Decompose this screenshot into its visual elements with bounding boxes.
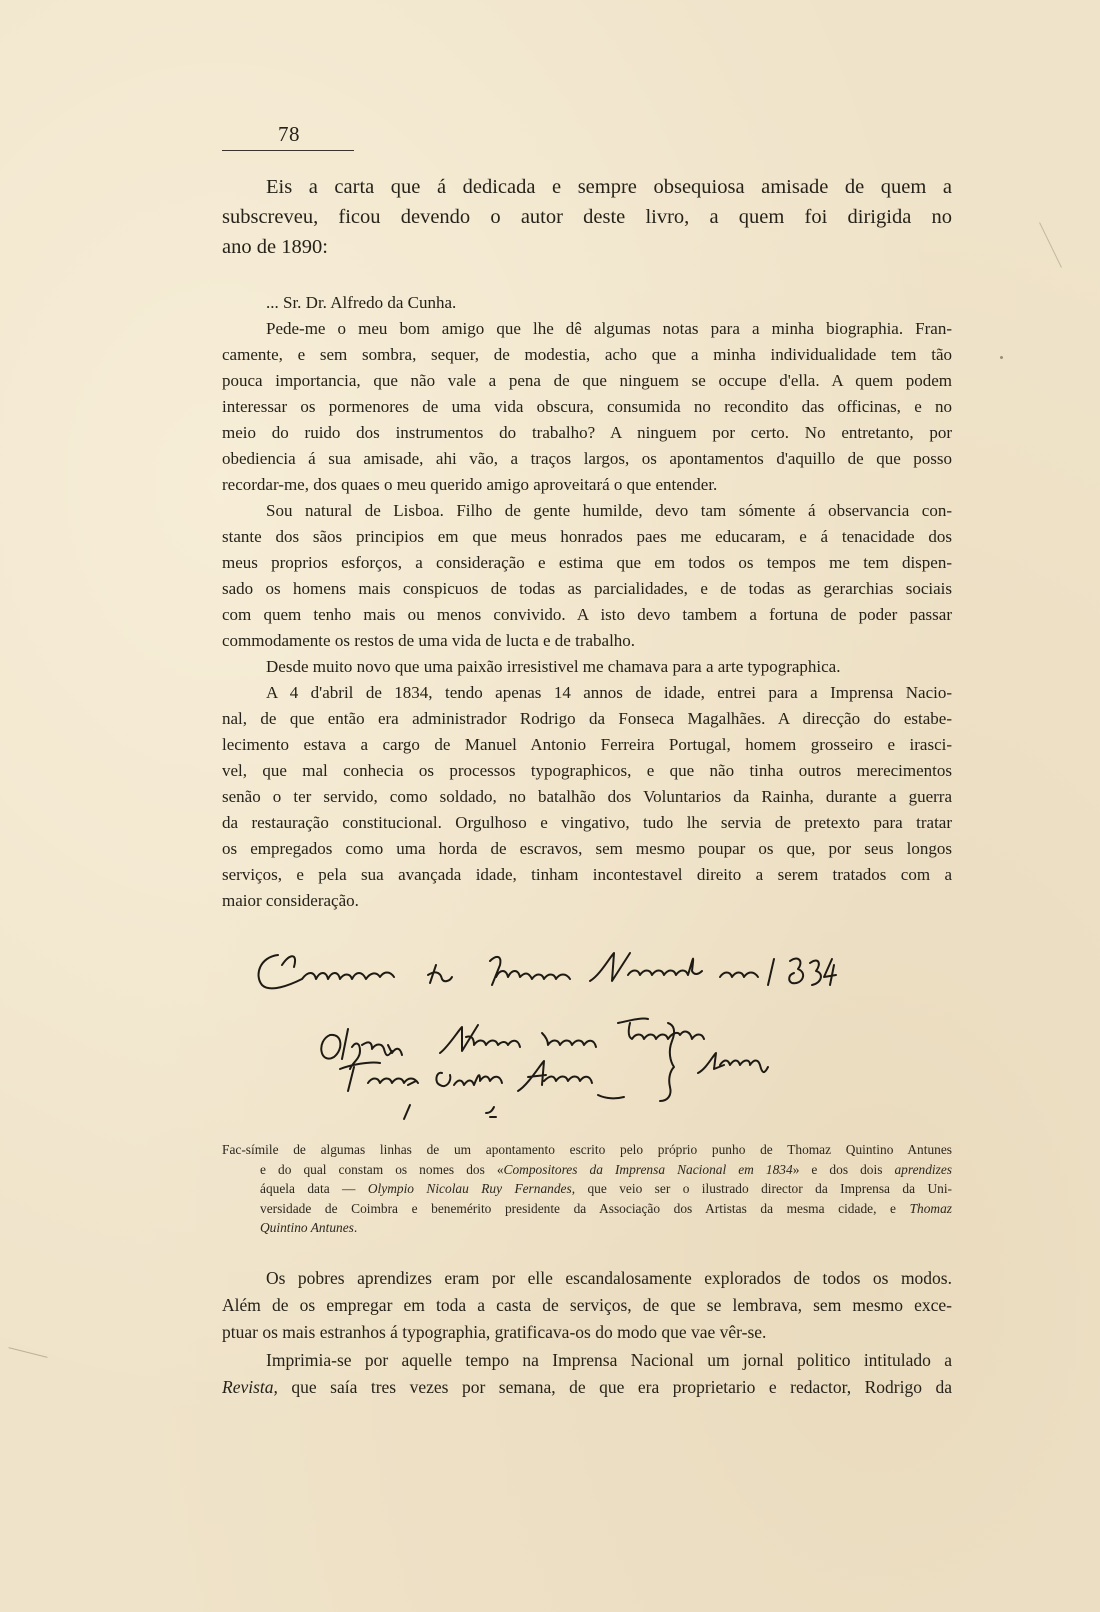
text-line: meus proprios esforços, a consideração e… [222,550,952,576]
caption-line: Quintino Antunes. [222,1218,952,1238]
text-line: Pede-me o meu bom amigo que lhe dê algum… [222,316,952,342]
letter-paragraph-4: A 4 d'abril de 1834, tendo apenas 14 ann… [222,680,952,914]
text-fragment: que saía tres vezes por semana, de que e… [278,1377,952,1397]
caption-text: áquela data — [260,1181,368,1196]
letter-paragraph-2: Sou natural de Lisboa. Filho de gente hu… [222,498,952,654]
text-line: os empregados como uma horda de escravos… [222,836,952,862]
caption-italic-text: aprendizes [894,1162,952,1177]
text-line: da restauração constitucional. Orgulhoso… [222,810,952,836]
paper-speck [1000,356,1003,359]
text-line: serviços, e pela sua avançada idade, tin… [222,862,952,888]
text-line: senão o ter servido, como soldado, no ba… [222,784,952,810]
text-line: Imprimia-se por aquelle tempo na Imprens… [222,1347,952,1374]
journal-title: Revista, [222,1377,278,1397]
caption-italic-text: Compositores da Imprensa Nacional em 183… [504,1162,793,1177]
caption-text: . [354,1220,357,1235]
text-line: Eis a carta que á dedicada e sempre obse… [222,172,952,202]
text-line: ano de 1890: [222,232,952,262]
caption-italic-text: Olympio Nicolau Ruy Fernandes [368,1181,572,1196]
text-line: Sou natural de Lisboa. Filho de gente hu… [222,498,952,524]
text-line: meio do ruido dos instrumentos do trabal… [222,420,952,446]
text-line: ptuar os mais estranhos á typographia, g… [222,1319,952,1346]
page-number: 78 [222,122,354,151]
intro-paragraph: Eis a carta que á dedicada e sempre obse… [222,172,952,262]
letter-paragraph-1: Pede-me o meu bom amigo que lhe dê algum… [222,316,952,498]
text-line: com quem tenho mais ou menos convivido. … [222,602,952,628]
caption-text: versidade de Coimbra e benemérito presid… [260,1201,910,1216]
text-line: nal, de que então era administrador Rodr… [222,706,952,732]
text-line: Além de os empregar em toda a casta de s… [222,1292,952,1319]
text-line: commodamente os restos de uma vida de lu… [222,628,952,654]
caption-line: e do qual constam os nomes dos «Composit… [222,1160,952,1180]
text-line: A 4 d'abril de 1834, tendo apenas 14 ann… [222,680,952,706]
caption-line: áquela data — Olympio Nicolau Ruy Fernan… [222,1179,952,1199]
caption-text: e do qual constam os nomes dos « [260,1162,504,1177]
letter-paragraph-3: Desde muito novo que uma paixão irresist… [222,654,952,680]
handwriting-image [250,945,910,1145]
facsimile-caption: Fac-símile de algumas linhas de um apont… [222,1140,952,1238]
text-line: interessar os pormenores de uma vida obs… [222,394,952,420]
paper-crease [1039,222,1062,267]
salutation-text: ... Sr. Dr. Alfredo da Cunha. [222,290,952,316]
text-line: Revista, que saía tres vezes por semana,… [222,1374,952,1401]
text-line: maior consideração. [222,888,952,914]
text-line: stante dos sãos principios em que meus h… [222,524,952,550]
caption-line: Fac-símile de algumas linhas de um apont… [222,1140,952,1160]
text-line: lecimento estava a cargo de Manuel Anton… [222,732,952,758]
handwriting-facsimile [250,945,910,1145]
text-line: recordar-me, dos quaes o meu querido ami… [222,472,952,498]
text-line: pouca importancia, que não vale a pena d… [222,368,952,394]
caption-italic-text: Quintino Antunes [260,1220,354,1235]
letter-salutation: ... Sr. Dr. Alfredo da Cunha. [222,290,952,316]
body-paragraph-1: Os pobres aprendizes eram por elle escan… [222,1265,952,1346]
text-line: subscreveu, ficou devendo o autor deste … [222,202,952,232]
text-line: sado os homens mais conspicuos de todas … [222,576,952,602]
text-line: Os pobres aprendizes eram por elle escan… [222,1265,952,1292]
caption-text: Fac-símile de algumas linhas de um apont… [222,1142,952,1157]
caption-italic-text: Thomaz [910,1201,952,1216]
text-line: obediencia á sua amisade, ahi vão, a tra… [222,446,952,472]
paper-scratch [8,1347,47,1358]
caption-text: , que veio ser o ilustrado director da I… [572,1181,952,1196]
text-line: Desde muito novo que uma paixão irresist… [222,654,952,680]
text-line: camente, e sem sombra, sequer, de modest… [222,342,952,368]
page-number-text: 78 [278,122,300,147]
caption-line: versidade de Coimbra e benemérito presid… [222,1199,952,1219]
body-paragraph-2: Imprimia-se por aquelle tempo na Imprens… [222,1347,952,1401]
caption-text: » e dos dois [793,1162,895,1177]
text-line: vel, que mal conhecia os processos typog… [222,758,952,784]
